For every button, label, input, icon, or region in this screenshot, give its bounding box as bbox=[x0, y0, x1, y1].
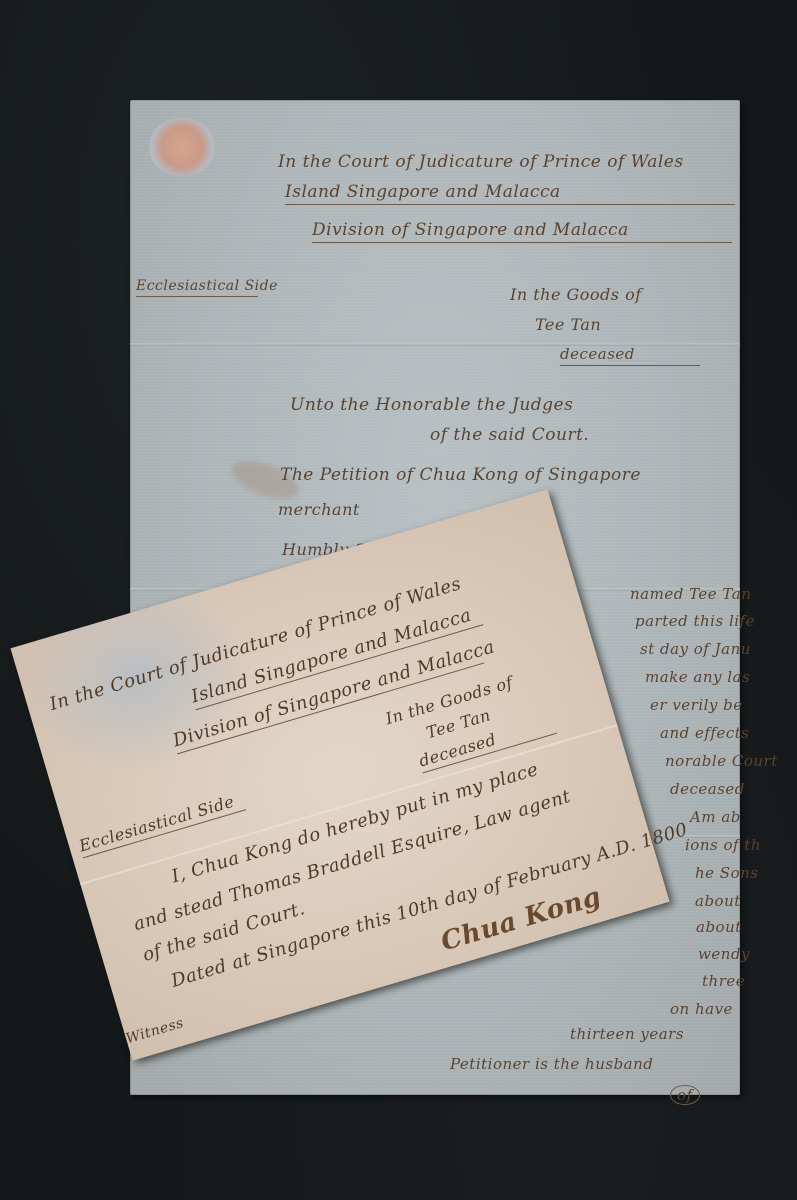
petition-fragment: make any las bbox=[645, 668, 750, 686]
court-heading-line1: In the Court of Judicature of Prince of … bbox=[278, 152, 684, 172]
seal-stain bbox=[148, 118, 216, 176]
court-heading-line2: Island Singapore and Malacca bbox=[285, 182, 735, 205]
petition-fragment: deceased bbox=[670, 780, 745, 798]
goods-line1: In the Goods of bbox=[510, 285, 642, 304]
side-label: Ecclesiastical Side bbox=[77, 789, 246, 858]
witness-label: Witness bbox=[124, 1015, 186, 1047]
petition-fragment: three bbox=[702, 972, 745, 990]
goods-line2: Tee Tan bbox=[535, 315, 601, 334]
petition-fragment: about bbox=[696, 918, 742, 936]
petition-line1: The Petition of Chua Kong of Singapore bbox=[280, 465, 641, 485]
address-line1: Unto the Honorable the Judges bbox=[290, 395, 573, 415]
side-label: Ecclesiastical Side bbox=[136, 278, 258, 297]
address-line2: of the said Court. bbox=[430, 425, 589, 445]
petition-fragment: and effects bbox=[660, 724, 749, 742]
petition-fragment: thirteen years bbox=[570, 1025, 684, 1043]
petition-fragment: ions of th bbox=[685, 836, 761, 854]
petition-fragment: norable Court bbox=[665, 752, 778, 770]
goods-line3: deceased bbox=[560, 345, 700, 366]
petition-fragment: Petitioner is the husband bbox=[450, 1055, 653, 1073]
page-catchword: of bbox=[670, 1085, 700, 1105]
petition-fragment: named Tee Tan bbox=[630, 585, 751, 603]
petition-fragment: parted this life bbox=[635, 612, 755, 630]
petition-fragment: about bbox=[695, 892, 741, 910]
court-division: Division of Singapore and Malacca bbox=[312, 220, 732, 243]
petition-fragment: wendy bbox=[698, 945, 750, 963]
petition-line2: merchant bbox=[278, 500, 360, 519]
petition-fragment: he Sons bbox=[695, 864, 758, 882]
petition-fragment: st day of Janu bbox=[640, 640, 751, 658]
petition-fragment: on have bbox=[670, 1000, 733, 1018]
petition-fragment: Am ab bbox=[690, 808, 741, 826]
petition-fragment: er verily be bbox=[650, 696, 743, 714]
